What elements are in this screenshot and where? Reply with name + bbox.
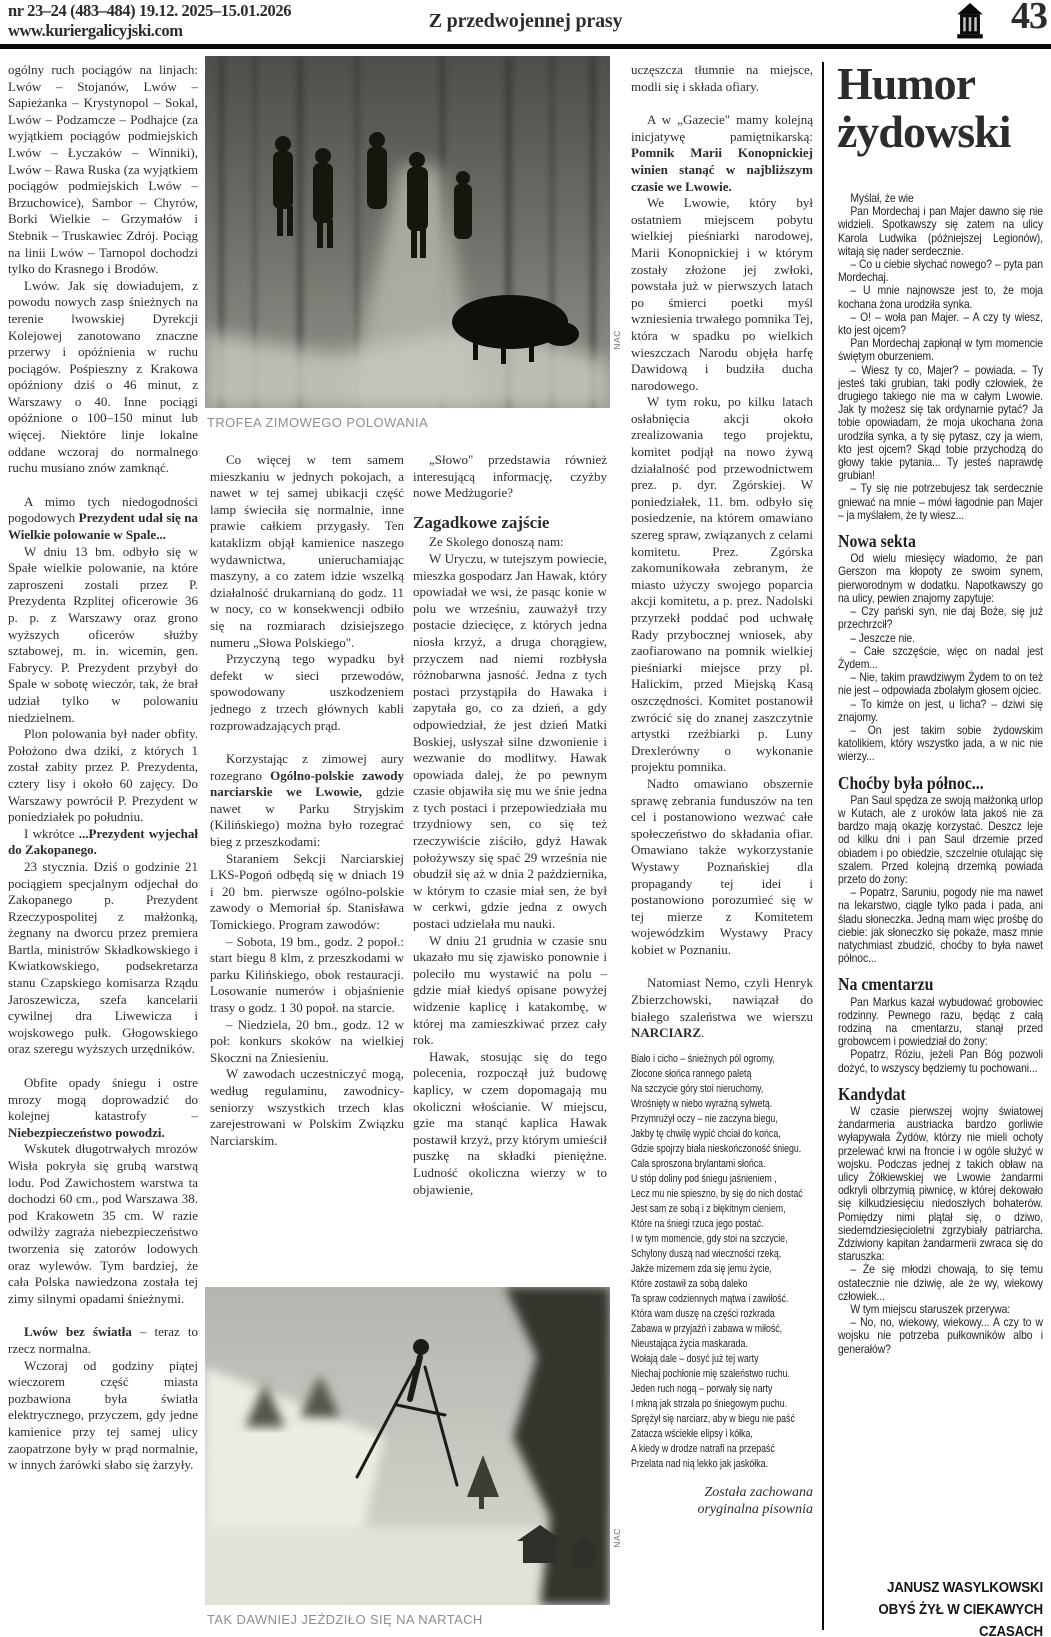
humor-text-flow: Myślał, że wiePan Mordechaj i pan Majer …: [838, 192, 1043, 1356]
editorial-note: Została zachowanaoryginalna pisownia: [631, 1484, 813, 1519]
photo-caption-top: TROFEA ZIMOWEGO POLOWANIA: [207, 415, 428, 430]
paragraph: 23 stycznia. Dziś o godzinie 21 pociągie…: [8, 859, 198, 1058]
column-3: „Słowo" przedstawia również interesującą…: [413, 452, 607, 1285]
poem-line: Nieustająca życia maskarada.: [631, 1337, 813, 1352]
paragraph: Staraniem Sekcji Narciarskiej LKS-Pogoń …: [210, 851, 404, 934]
poem-line: U stóp doliny pod śniegu jaśnieniem ,: [631, 1172, 813, 1187]
poem-line: I w tym momencie, gdy stoi na szczycie,: [631, 1232, 813, 1247]
paragraph: – Nie, takim prawdziwym Żydem to on też …: [838, 671, 1043, 697]
paragraph: – Wiesz ty co, Majer? – powiada. – Ty je…: [838, 364, 1043, 483]
paragraph: Hawak, stosując się do tego polecenia, r…: [413, 1049, 607, 1198]
paragraph: Lwów bez światła – teraz to rzecz normal…: [8, 1324, 198, 1357]
poem-line: Która wam duszę na części rozkrada: [631, 1307, 813, 1322]
author-name: JANUSZ WASYLKOWSKI: [854, 1578, 1043, 1600]
poem-line: Cala sproszona brylantami słońca.: [631, 1157, 813, 1172]
poem-line: Zatacza wściekłe elipsy i kółka,: [631, 1427, 813, 1442]
paragraph: I wkrótce ...Prezydent wyjechał do Zakop…: [8, 826, 198, 859]
paragraph: Wskutek długotrwałych mrozów Wisła pokry…: [8, 1141, 198, 1307]
paragraph: A w „Gazecie" mamy kolejną inicjatywę pa…: [631, 112, 813, 195]
paragraph: Przyczyną tego wypadku był defekt w siec…: [210, 651, 404, 734]
poem-line: Niechaj pochłonie mię szaleństwo ruchu.: [631, 1367, 813, 1382]
poem-line: Lecz mu nie spieszno, by się do nich dos…: [631, 1187, 813, 1202]
paragraph: Popatrz, Róziu, jeżeli Pan Bóg pozwoli d…: [838, 1048, 1043, 1074]
paragraph: – Co u ciebie słychać nowego? – pyta pan…: [838, 258, 1043, 284]
paragraph: Obfite opady śniegu i ostre mrozy mogą d…: [8, 1075, 198, 1141]
paragraph: ogólny ruch pociągów na linjach: Lwów – …: [8, 62, 198, 278]
paragraph: Pan Mordechaj zapłonął w tym momencie św…: [838, 337, 1043, 363]
poem-line: Zabawa w przyjaźń i zabawa w miłość,: [631, 1322, 813, 1337]
page-header: nr 23–24 (483–484) 19.12. 2025–15.01.202…: [0, 0, 1051, 49]
paragraph: Ze Skolego donoszą nam:: [413, 534, 607, 551]
paragraph: – Popatrz, Saruniu, pogody nie ma nawet …: [838, 886, 1043, 965]
paragraph: W czasie pierwszej wojny światowej żanda…: [838, 1105, 1043, 1263]
subsection-heading: Na cmentarzu: [838, 978, 1043, 991]
paragraph: „Słowo" przedstawia również interesującą…: [413, 452, 607, 502]
humor-title-line2: żydowski: [837, 108, 1047, 156]
paragraph: – On jest takim sobie żydowskim katoliki…: [838, 724, 1043, 764]
poem-line: Jeden ruch nogą – porwały się narty: [631, 1382, 813, 1397]
paragraph: – Czy pański syn, nie daj Boże, się już …: [838, 605, 1043, 631]
paragraph: Co więcej w tem samem mieszkaniu w jedny…: [210, 452, 404, 651]
poem-line: I mkną jak strzała po śniegowym puchu.: [631, 1397, 813, 1412]
poem-line: Gdzie spojrzy biała nieskończoność śnieg…: [631, 1142, 813, 1157]
paragraph: – To kimże on jest, u licha? – dziwi się…: [838, 698, 1043, 724]
photo-caption-bottom: TAK DAWNIEJ JEŹDZIŁO SIĘ NA NARTACH: [207, 1612, 483, 1627]
poem-line: Na szczycie góry stoi nieruchomy,: [631, 1082, 813, 1097]
poem-line: Jest sam ze sobą i z błękitnym cieniem,: [631, 1202, 813, 1217]
poem-line: Jakby tę chwilę wypić chciał do końca,: [631, 1127, 813, 1142]
humor-section-title: Humor żydowski: [837, 60, 1047, 157]
photo-credit: NAC: [612, 330, 622, 350]
column-2: Co więcej w tem samem mieszkaniu w jedny…: [210, 452, 404, 1285]
page-number: 43: [1011, 0, 1047, 38]
paragraph: W Uryczu, w tutejszym powiecie, mieszka …: [413, 551, 607, 933]
poem-line: Sprężył się narciarz, aby w biegu nie pa…: [631, 1412, 813, 1427]
subsection-heading: Zagadkowe zajście: [413, 515, 607, 532]
poem: Biało i cicho – śnieżnych pól ogromy,Zło…: [631, 1052, 813, 1472]
poem-line: Które zostawił za sobą daleko: [631, 1277, 813, 1292]
paragraph: Plon polowania był nader obfity. Położon…: [8, 726, 198, 826]
paragraph: Od wielu miesięcy wiadomo, że pan Gerszo…: [838, 552, 1043, 605]
column-humor: Myślał, że wiePan Mordechaj i pan Majer …: [838, 192, 1043, 1570]
paragraph: – No, no, wiekowy, wiekowy... A czy to w…: [838, 1316, 1043, 1356]
paragraph: Pan Markus kazał wybudować grobowiec rod…: [838, 996, 1043, 1049]
paragraph: Lwów. Jak się dowiadujem, z powodu nowyc…: [8, 278, 198, 477]
poem-line: Schylony duszą nad wieczności rzeką,: [631, 1247, 813, 1262]
column-1: ogólny ruch pociągów na linjach: Lwów – …: [8, 62, 198, 1627]
paragraph: – O! – woła pan Majer. – A czy ty wiesz,…: [838, 311, 1043, 337]
paragraph: Wczoraj od godziny piątej wieczorem częś…: [8, 1358, 198, 1474]
poem-line: Wołają dale – dosyć już tej warty: [631, 1352, 813, 1367]
poem-line: Biało i cicho – śnieżnych pól ogromy,: [631, 1052, 813, 1067]
photo-winter-hunting: [205, 56, 610, 408]
poem-line: Złocone słońca rannego paletą: [631, 1067, 813, 1082]
paragraph: – Że się młodzi chowają, to się temu ost…: [838, 1263, 1043, 1303]
column-divider: [822, 62, 824, 1630]
paragraph: We Lwowie, który był ostatniem miejscem …: [631, 195, 813, 394]
paragraph: W tym roku, po kilku latach osłabnięcia …: [631, 394, 813, 776]
paragraph: – U mnie najnowsze jest to, że moja koch…: [838, 284, 1043, 310]
column-4: uczęszcza tłumnie na miejsce, modli się …: [631, 62, 813, 1590]
photo-old-skiing: [205, 1287, 610, 1605]
poem-line: Które na śniegi rzuca jego postać.: [631, 1217, 813, 1232]
editorial-note-line: Została zachowana: [631, 1484, 813, 1502]
subsection-heading: Nowa sekta: [838, 535, 1043, 548]
poem-line: A kiedy w drodze natrafi na przepaść: [631, 1442, 813, 1457]
paragraph: – Niedziela, 20 bm., godz. 12 w poł: kon…: [210, 1017, 404, 1067]
paragraph: Natomiast Nemo, czyli Henryk Zbierzchows…: [631, 975, 813, 1041]
poem-line: Ta spraw codziennych mątwa i zawiłość.: [631, 1292, 813, 1307]
poem-line: Wrośnięty w niebo wyraźną sylwetą.: [631, 1097, 813, 1112]
paragraph: A mimo tych niedogodności pogodowych Pre…: [8, 494, 198, 544]
paragraph: – Sobota, 19 bm., godz. 2 popoł.: start …: [210, 934, 404, 1017]
paragraph: – Ty się nie potrzebujesz tak serdecznie…: [838, 482, 1043, 522]
paragraph: Nadto omawiano obszernie sprawę zebrania…: [631, 776, 813, 959]
section-title: Z przedwojennej prasy: [0, 10, 1051, 33]
author-motto: OBYŚ ŻYŁ W CIEKAWYCH CZASACH: [854, 1600, 1043, 1637]
paragraph: Korzystając z zimowej aury rozegrano Ogó…: [210, 751, 404, 851]
paragraph: – Całe szczęście, więc on nadal jest Żyd…: [838, 645, 1043, 671]
newspaper-logo-icon: [953, 3, 987, 41]
subsection-heading: Choćby była północ...: [838, 777, 1043, 790]
humor-title-line1: Humor: [837, 60, 1047, 108]
editorial-note-line: oryginalna pisownia: [631, 1501, 813, 1519]
photo-credit: NAC: [612, 1528, 622, 1548]
poem-line: Przelata nad nią lekko jak jaskółka.: [631, 1457, 813, 1472]
poem-line: Jakże mizernem zda się jemu życie,: [631, 1262, 813, 1277]
author-signature: JANUSZ WASYLKOWSKI OBYŚ ŻYŁ W CIEKAWYCH …: [854, 1578, 1043, 1637]
poem-line: Przymrużył oczy – nie zaczyna biegu,: [631, 1112, 813, 1127]
paragraph: W zawodach uczestniczyć mogą, według reg…: [210, 1066, 404, 1149]
paragraph: W dniu 21 grudnia w czasie snu ukazało m…: [413, 933, 607, 1049]
paragraph: Pan Saul spędza ze swoją małżonką urlop …: [838, 794, 1043, 886]
paragraph: uczęszcza tłumnie na miejsce, modli się …: [631, 62, 813, 95]
paragraph: W dniu 13 bm. odbyło się w Spałe wielkie…: [8, 544, 198, 727]
paragraph: Pan Mordechaj i pan Majer dawno się nie …: [838, 205, 1043, 258]
subsection-heading: Kandydat: [838, 1088, 1043, 1101]
newspaper-page: nr 23–24 (483–484) 19.12. 2025–15.01.202…: [0, 0, 1051, 1637]
